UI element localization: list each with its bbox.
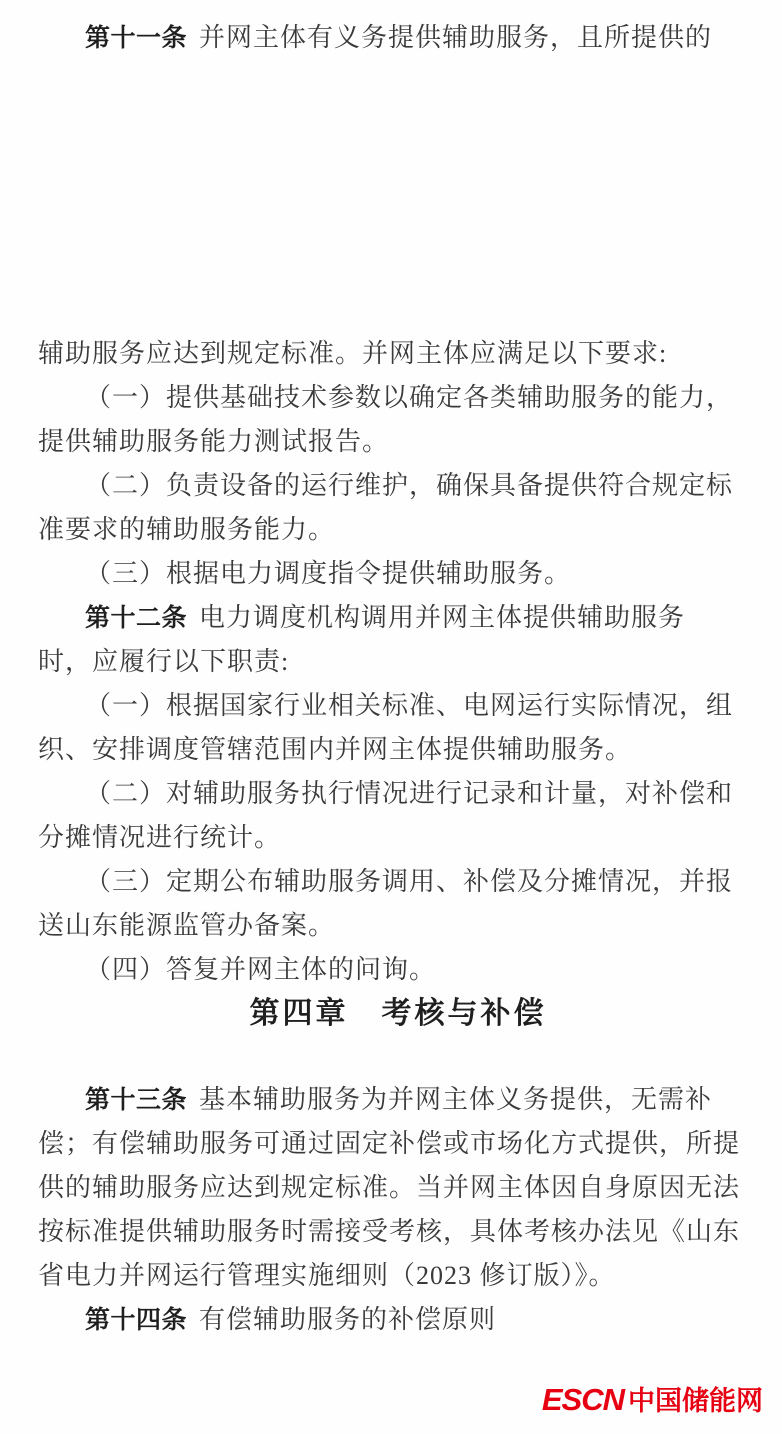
document-line: 第十一条并网主体有义务提供辅助服务，且所提供的 [38, 16, 758, 60]
document-line: （一）提供基础技术参数以确定各类辅助服务的能力， [38, 376, 758, 420]
blank-gap [38, 1036, 758, 1078]
line-text: 基本辅助服务为并网主体义务提供，无需补 [199, 1085, 712, 1114]
article-number: 第十三条 [85, 1086, 187, 1114]
article-number: 第十四条 [85, 1306, 187, 1334]
document-line: （三）根据电力调度指令提供辅助服务。 [38, 552, 758, 596]
document-line: 送山东能源监管办备案。 [38, 904, 758, 948]
document-line: 准要求的辅助服务能力。 [38, 508, 758, 552]
article-number: 第十二条 [85, 604, 187, 632]
site-name-text: 中国储能网 [628, 1379, 763, 1418]
line-text: 并网主体有义务提供辅助服务，且所提供的 [199, 23, 712, 52]
document-line: 第十三条基本辅助服务为并网主体义务提供，无需补 [38, 1078, 758, 1122]
document-line: 提供辅助服务能力测试报告。 [38, 420, 758, 464]
document-body: 第十一条并网主体有义务提供辅助服务，且所提供的辅助服务应达到规定标准。并网主体应… [0, 0, 782, 1342]
document-page: 第十一条并网主体有义务提供辅助服务，且所提供的辅助服务应达到规定标准。并网主体应… [0, 0, 782, 1434]
document-line: 时，应履行以下职责: [38, 640, 758, 684]
blank-gap [38, 60, 758, 332]
document-line: 织、安排调度管辖范围内并网主体提供辅助服务。 [38, 728, 758, 772]
line-text: 电力调度机构调用并网主体提供辅助服务 [199, 603, 685, 632]
document-line: 偿；有偿辅助服务可通过固定补偿或市场化方式提供，所提 [38, 1122, 758, 1166]
escn-watermark: ESCN 中国储能网 [542, 1379, 763, 1418]
document-line: 第十二条电力调度机构调用并网主体提供辅助服务 [38, 596, 758, 640]
document-line: （二）负责设备的运行维护，确保具备提供符合规定标 [38, 464, 758, 508]
document-line: 分摊情况进行统计。 [38, 816, 758, 860]
document-line: 省电力并网运行管理实施细则（2023 修订版）》。 [38, 1254, 758, 1298]
document-line: （四）答复并网主体的问询。 [38, 948, 758, 992]
document-line: 按标准提供辅助服务时需接受考核，具体考核办法见《山东 [38, 1210, 758, 1254]
chapter-heading: 第四章 考核与补偿 [38, 992, 758, 1036]
document-line: 供的辅助服务应达到规定标准。当并网主体因自身原因无法 [38, 1166, 758, 1210]
line-text: 有偿辅助服务的补偿原则 [199, 1305, 496, 1334]
document-line: （三）定期公布辅助服务调用、补偿及分摊情况，并报 [38, 860, 758, 904]
document-line: （一）根据国家行业相关标准、电网运行实际情况，组 [38, 684, 758, 728]
article-number: 第十一条 [85, 24, 187, 52]
document-line: （二）对辅助服务执行情况进行记录和计量，对补偿和 [38, 772, 758, 816]
document-line: 第十四条有偿辅助服务的补偿原则 [38, 1298, 758, 1342]
document-line: 辅助服务应达到规定标准。并网主体应满足以下要求: [38, 332, 758, 376]
escn-logo-text: ESCN [542, 1382, 624, 1418]
